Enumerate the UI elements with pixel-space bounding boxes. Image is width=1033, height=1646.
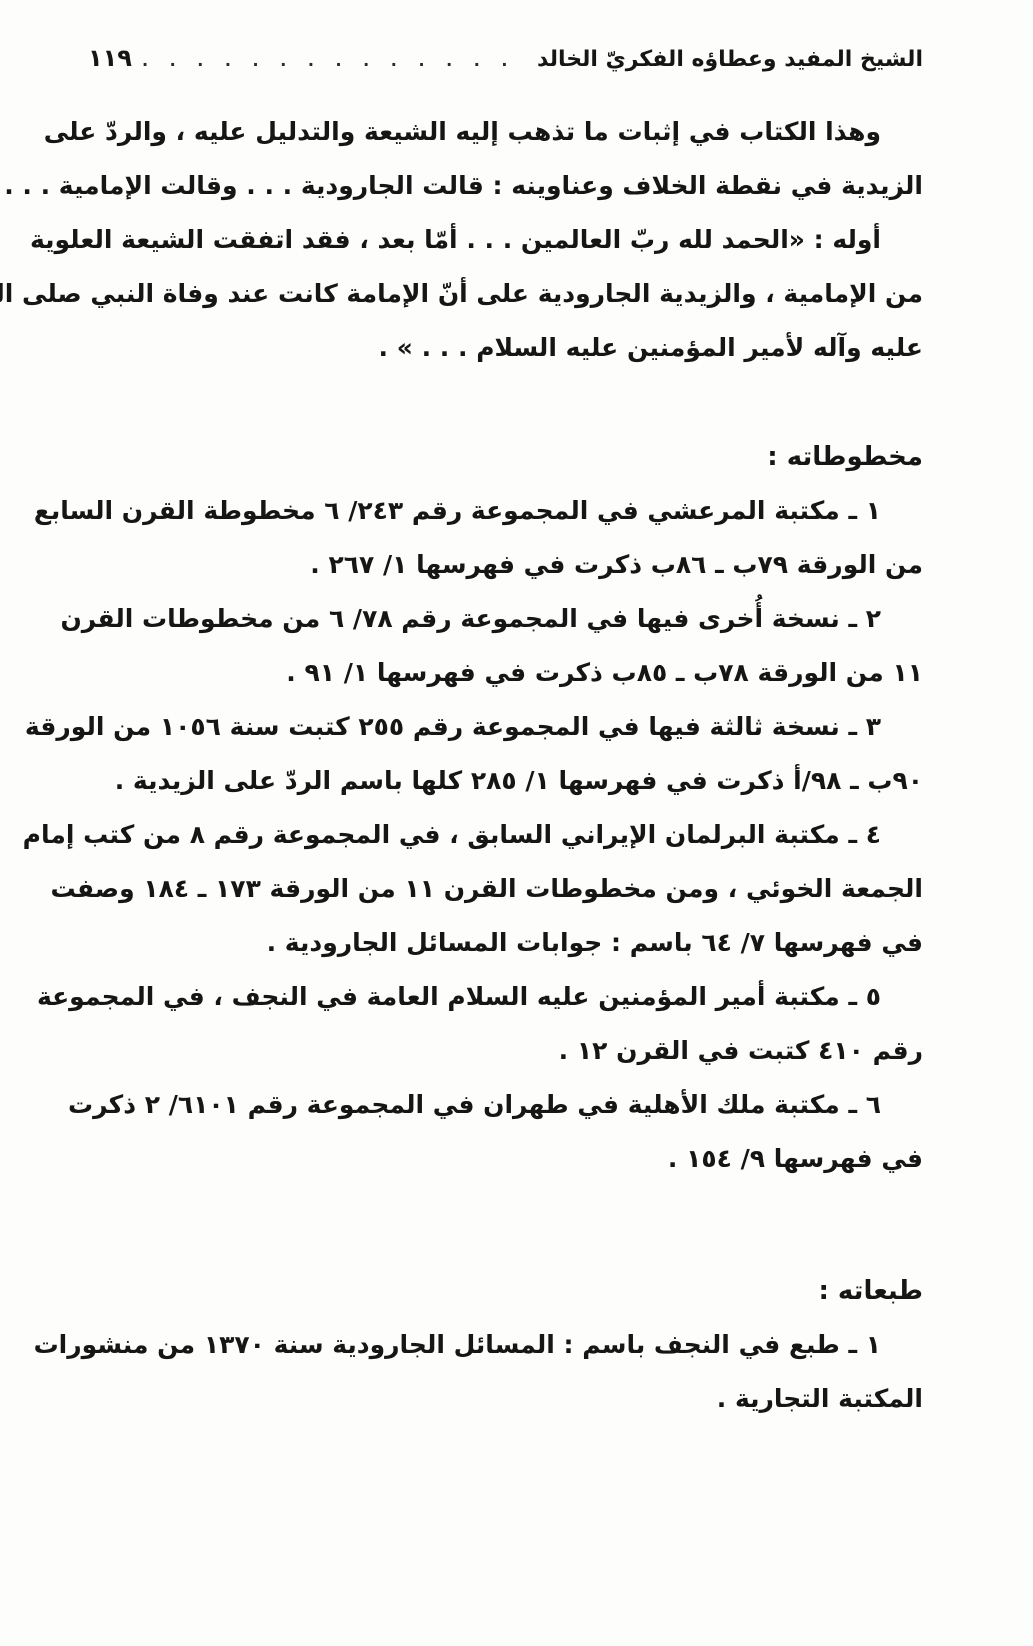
intro-p1-line1: وهذا الكتاب في إثبات ما تذهب إليه الشيعة… <box>88 105 923 159</box>
intro-p1-line2: الزيدية في نقطة الخلاف وعناوينه : قالت ا… <box>88 159 923 213</box>
manuscripts-item6-line1: ٦ ـ مكتبة ملك الأهلية في طهران في المجمو… <box>88 1078 923 1132</box>
running-head: الشيخ المفيد وعطاؤه الفكريّ الخالد . . .… <box>88 36 923 80</box>
manuscripts-item5-line1: ٥ ـ مكتبة أمير المؤمنين عليه السلام العا… <box>88 970 923 1024</box>
intro-paragraphs: وهذا الكتاب في إثبات ما تذهب إليه الشيعة… <box>88 105 923 375</box>
manuscripts-item5-line2: رقم ٤١٠ كتبت في القرن ١٢ . <box>88 1024 923 1078</box>
prints-item1-line1: ١ ـ طبع في النجف باسم : المسائل الجارودي… <box>88 1318 923 1372</box>
manuscripts-item4-line1: ٤ ـ مكتبة البرلمان الإيراني السابق ، في … <box>88 808 923 862</box>
manuscripts-item2-line1: ٢ ـ نسخة أُخرى فيها في المجموعة رقم ٧٨/ … <box>88 592 923 646</box>
intro-p2-line3: عليه وآله لأمير المؤمنين عليه السلام . .… <box>88 321 923 375</box>
prints-item1-line2: المكتبة التجارية . <box>88 1372 923 1426</box>
manuscripts-item2-line2: ١١ من الورقة ٧٨ب ـ ٨٥ب ذكرت في فهرسها ١/… <box>88 646 923 700</box>
manuscripts-item3-line1: ٣ ـ نسخة ثالثة فيها في المجموعة رقم ٢٥٥ … <box>88 700 923 754</box>
intro-p2-line2: من الإمامية ، والزيدية الجارودية على أنّ… <box>88 267 923 321</box>
intro-p2-line1: أوله : «الحمد لله ربّ العالمين . . . أمّ… <box>88 213 923 267</box>
prints-heading: طبعاته : <box>88 1264 923 1318</box>
manuscripts-item1-line1: ١ ـ مكتبة المرعشي في المجموعة رقم ٢٤٣/ ٦… <box>88 484 923 538</box>
dot-leader: . . . . . . . . . . . . . . . . . . . . … <box>142 39 527 83</box>
prints-list: ١ ـ طبع في النجف باسم : المسائل الجارودي… <box>88 1318 923 1426</box>
page-number: ١١٩ <box>88 36 132 80</box>
manuscripts-item3-line2: ٩٠ب ـ ٩٨/أ ذكرت في فهرسها ١/ ٢٨٥ كلها با… <box>88 754 923 808</box>
manuscripts-heading: مخطوطاته : <box>88 430 923 484</box>
book-page-scan: الشيخ المفيد وعطاؤه الفكريّ الخالد . . .… <box>0 0 1033 1646</box>
manuscripts-item1-line2: من الورقة ٧٩ب ـ ٨٦ب ذكرت في فهرسها ١/ ٢٦… <box>88 538 923 592</box>
manuscripts-item4-line3: في فهرسها ٧/ ٦٤ باسم : جوابات المسائل ال… <box>88 916 923 970</box>
chapter-title: الشيخ المفيد وعطاؤه الفكريّ الخالد <box>537 38 923 82</box>
manuscripts-item4-line2: الجمعة الخوئي ، ومن مخطوطات القرن ١١ من … <box>88 862 923 916</box>
manuscripts-list: ١ ـ مكتبة المرعشي في المجموعة رقم ٢٤٣/ ٦… <box>88 484 923 1186</box>
manuscripts-item6-line2: في فهرسها ٩/ ١٥٤ . <box>88 1132 923 1186</box>
